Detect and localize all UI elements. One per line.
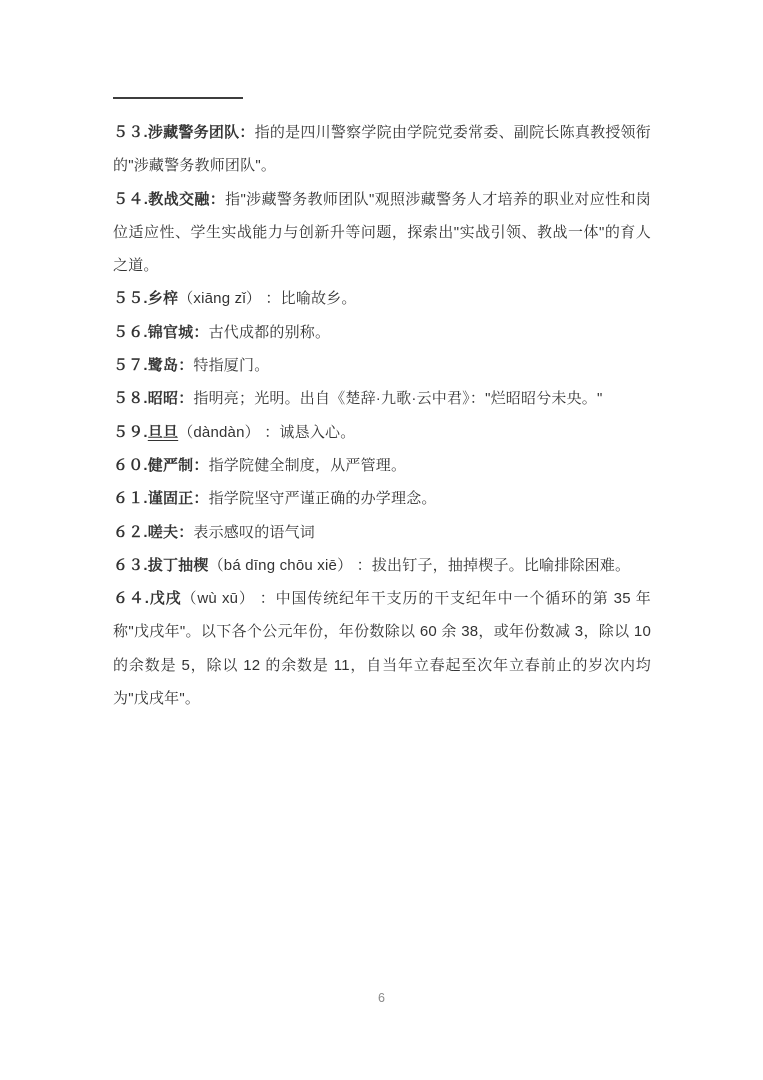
item-term: 鹭岛 xyxy=(148,357,178,374)
glossary-item: ５５.乡梓（xiāng zǐ） ：比喻故乡。 xyxy=(113,282,651,315)
item-number: ６０. xyxy=(113,457,148,474)
item-definition: 拔出钉子，抽掉楔子。比喻排除困难。 xyxy=(372,557,630,574)
page-number: 6 xyxy=(0,991,763,1005)
item-definition: 古代成都的别称。 xyxy=(209,324,331,341)
glossary-list: ５３.涉藏警务团队：指的是四川警察学院由学院党委常委、副院长陈真教授领衔的"涉藏… xyxy=(113,116,651,715)
item-number: ５６. xyxy=(113,324,148,341)
glossary-item: ６０.健严制：指学院健全制度，从严管理。 xyxy=(113,449,651,482)
glossary-item: ５９.旦旦（dàndàn） ：诚恳入心。 xyxy=(113,416,651,449)
glossary-item: ５７.鹭岛：特指厦门。 xyxy=(113,349,651,382)
item-number: ５３. xyxy=(113,124,148,141)
item-colon: ： xyxy=(239,124,254,141)
item-number: ５７. xyxy=(113,357,148,374)
glossary-item: ６２.嗟夫：表示感叹的语气词 xyxy=(113,516,651,549)
item-pinyin: （xiāng zǐ） xyxy=(178,290,265,307)
glossary-item: ５４.教战交融：指"涉藏警务教师团队"观照涉藏警务人才培养的职业对应性和岗位适应… xyxy=(113,183,651,283)
item-term: 谨固正 xyxy=(148,490,194,507)
item-definition: 指明亮；光明。出自《楚辞·九歌·云中君》："烂昭昭兮未央。" xyxy=(193,390,602,407)
item-term: 旦旦 xyxy=(148,424,178,441)
item-number: ６２. xyxy=(113,524,148,541)
item-term: 嗟夫 xyxy=(148,524,178,541)
glossary-item: ６１.谨固正：指学院坚守严谨正确的办学理念。 xyxy=(113,482,651,515)
item-definition: 表示感叹的语气词 xyxy=(193,524,315,541)
item-pinyin: （dàndàn） xyxy=(178,424,264,441)
item-term: 锦官城 xyxy=(148,324,194,341)
item-colon: ： xyxy=(260,590,276,607)
item-number: ６４. xyxy=(113,590,149,607)
item-number: ６１. xyxy=(113,490,148,507)
item-colon: ： xyxy=(265,290,280,307)
item-number: ５９. xyxy=(113,424,148,441)
item-colon: ： xyxy=(178,524,193,541)
item-number: ６３. xyxy=(113,557,148,574)
item-term: 健严制 xyxy=(148,457,194,474)
item-colon: ： xyxy=(264,424,279,441)
item-number: ５５. xyxy=(113,290,148,307)
item-term: 涉藏警务团队 xyxy=(148,124,240,141)
item-number: ５８. xyxy=(113,390,148,407)
footnote-separator-line xyxy=(113,97,243,99)
item-definition: 比喻故乡。 xyxy=(281,290,357,307)
item-term: 乡梓 xyxy=(148,290,178,307)
item-definition: 特指厦门。 xyxy=(193,357,269,374)
glossary-item: ６４.戊戌（wù xū） ：中国传统纪年干支历的干支纪年中一个循环的第 35 年… xyxy=(113,582,651,715)
glossary-item: ５３.涉藏警务团队：指的是四川警察学院由学院党委常委、副院长陈真教授领衔的"涉藏… xyxy=(113,116,651,183)
item-term: 教战交融 xyxy=(148,191,210,208)
item-colon: ： xyxy=(178,390,193,407)
item-definition: 诚恳入心。 xyxy=(279,424,355,441)
item-colon: ： xyxy=(178,357,193,374)
item-pinyin: （bá dīng chōu xiē） xyxy=(209,557,357,574)
item-colon: ： xyxy=(357,557,372,574)
glossary-item: ５８.昭昭：指明亮；光明。出自《楚辞·九歌·云中君》："烂昭昭兮未央。" xyxy=(113,382,651,415)
item-colon: ： xyxy=(193,457,208,474)
item-colon: ： xyxy=(193,490,208,507)
document-page: ５３.涉藏警务团队：指的是四川警察学院由学院党委常委、副院长陈真教授领衔的"涉藏… xyxy=(0,0,763,1080)
glossary-item: ６３.拔丁抽楔（bá dīng chōu xiē） ：拔出钉子，抽掉楔子。比喻排… xyxy=(113,549,651,582)
item-definition: 指学院坚守严谨正确的办学理念。 xyxy=(209,490,437,507)
item-number: ５４. xyxy=(113,191,148,208)
item-pinyin: （wù xū） xyxy=(181,590,259,607)
item-colon: ： xyxy=(210,191,225,208)
item-term: 戊戌 xyxy=(149,590,181,607)
item-term: 昭昭 xyxy=(148,390,178,407)
glossary-item: ５６.锦官城：古代成都的别称。 xyxy=(113,316,651,349)
item-definition: 指学院健全制度，从严管理。 xyxy=(209,457,407,474)
item-definition: 中国传统纪年干支历的干支纪年中一个循环的第 35 年称"戊戌年"。以下各个公元年… xyxy=(113,590,651,707)
item-term: 拔丁抽楔 xyxy=(148,557,209,574)
item-colon: ： xyxy=(193,324,208,341)
